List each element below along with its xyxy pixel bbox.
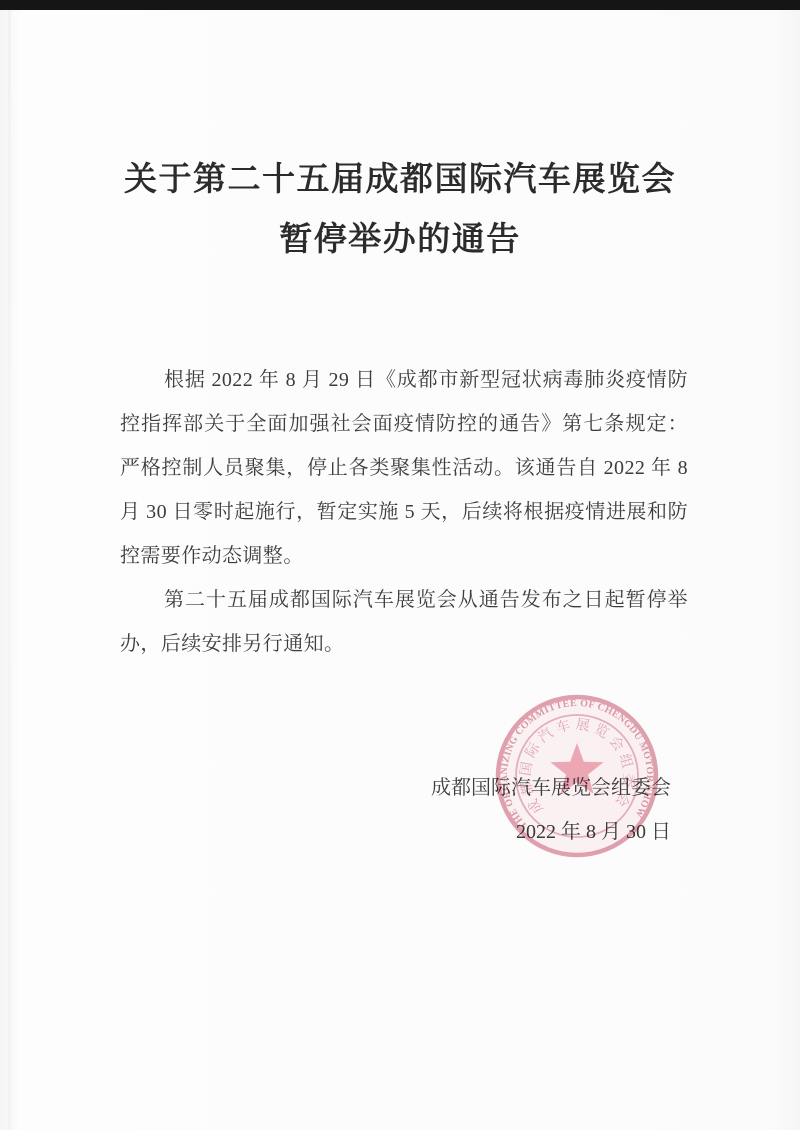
notice-paragraph-1: 根据 2022 年 8 月 29 日《成都市新型冠状病毒肺炎疫情防控指挥部关于全… — [120, 358, 688, 578]
notice-title: 关于第二十五届成都国际汽车展览会 暂停举办的通告 — [0, 0, 800, 270]
notice-title-line-2: 暂停举办的通告 — [0, 210, 800, 270]
signature-org: 成都国际汽车展览会组委会 — [0, 766, 671, 810]
notice-body: 根据 2022 年 8 月 29 日《成都市新型冠状病毒肺炎疫情防控指挥部关于全… — [120, 358, 688, 666]
signature-block: 成都国际汽车展览会组委会 2022 年 8 月 30 日 — [0, 766, 671, 854]
notice-title-line-1: 关于第二十五届成都国际汽车展览会 — [0, 150, 800, 210]
notice-document: 关于第二十五届成都国际汽车展览会 暂停举办的通告 根据 2022 年 8 月 2… — [0, 0, 800, 1130]
notice-paragraph-2: 第二十五届成都国际汽车展览会从通告发布之日起暂停举办，后续安排另行通知。 — [120, 578, 688, 666]
signature-date: 2022 年 8 月 30 日 — [0, 810, 671, 854]
scanned-notice-page: 关于第二十五届成都国际汽车展览会 暂停举办的通告 根据 2022 年 8 月 2… — [0, 0, 800, 1130]
